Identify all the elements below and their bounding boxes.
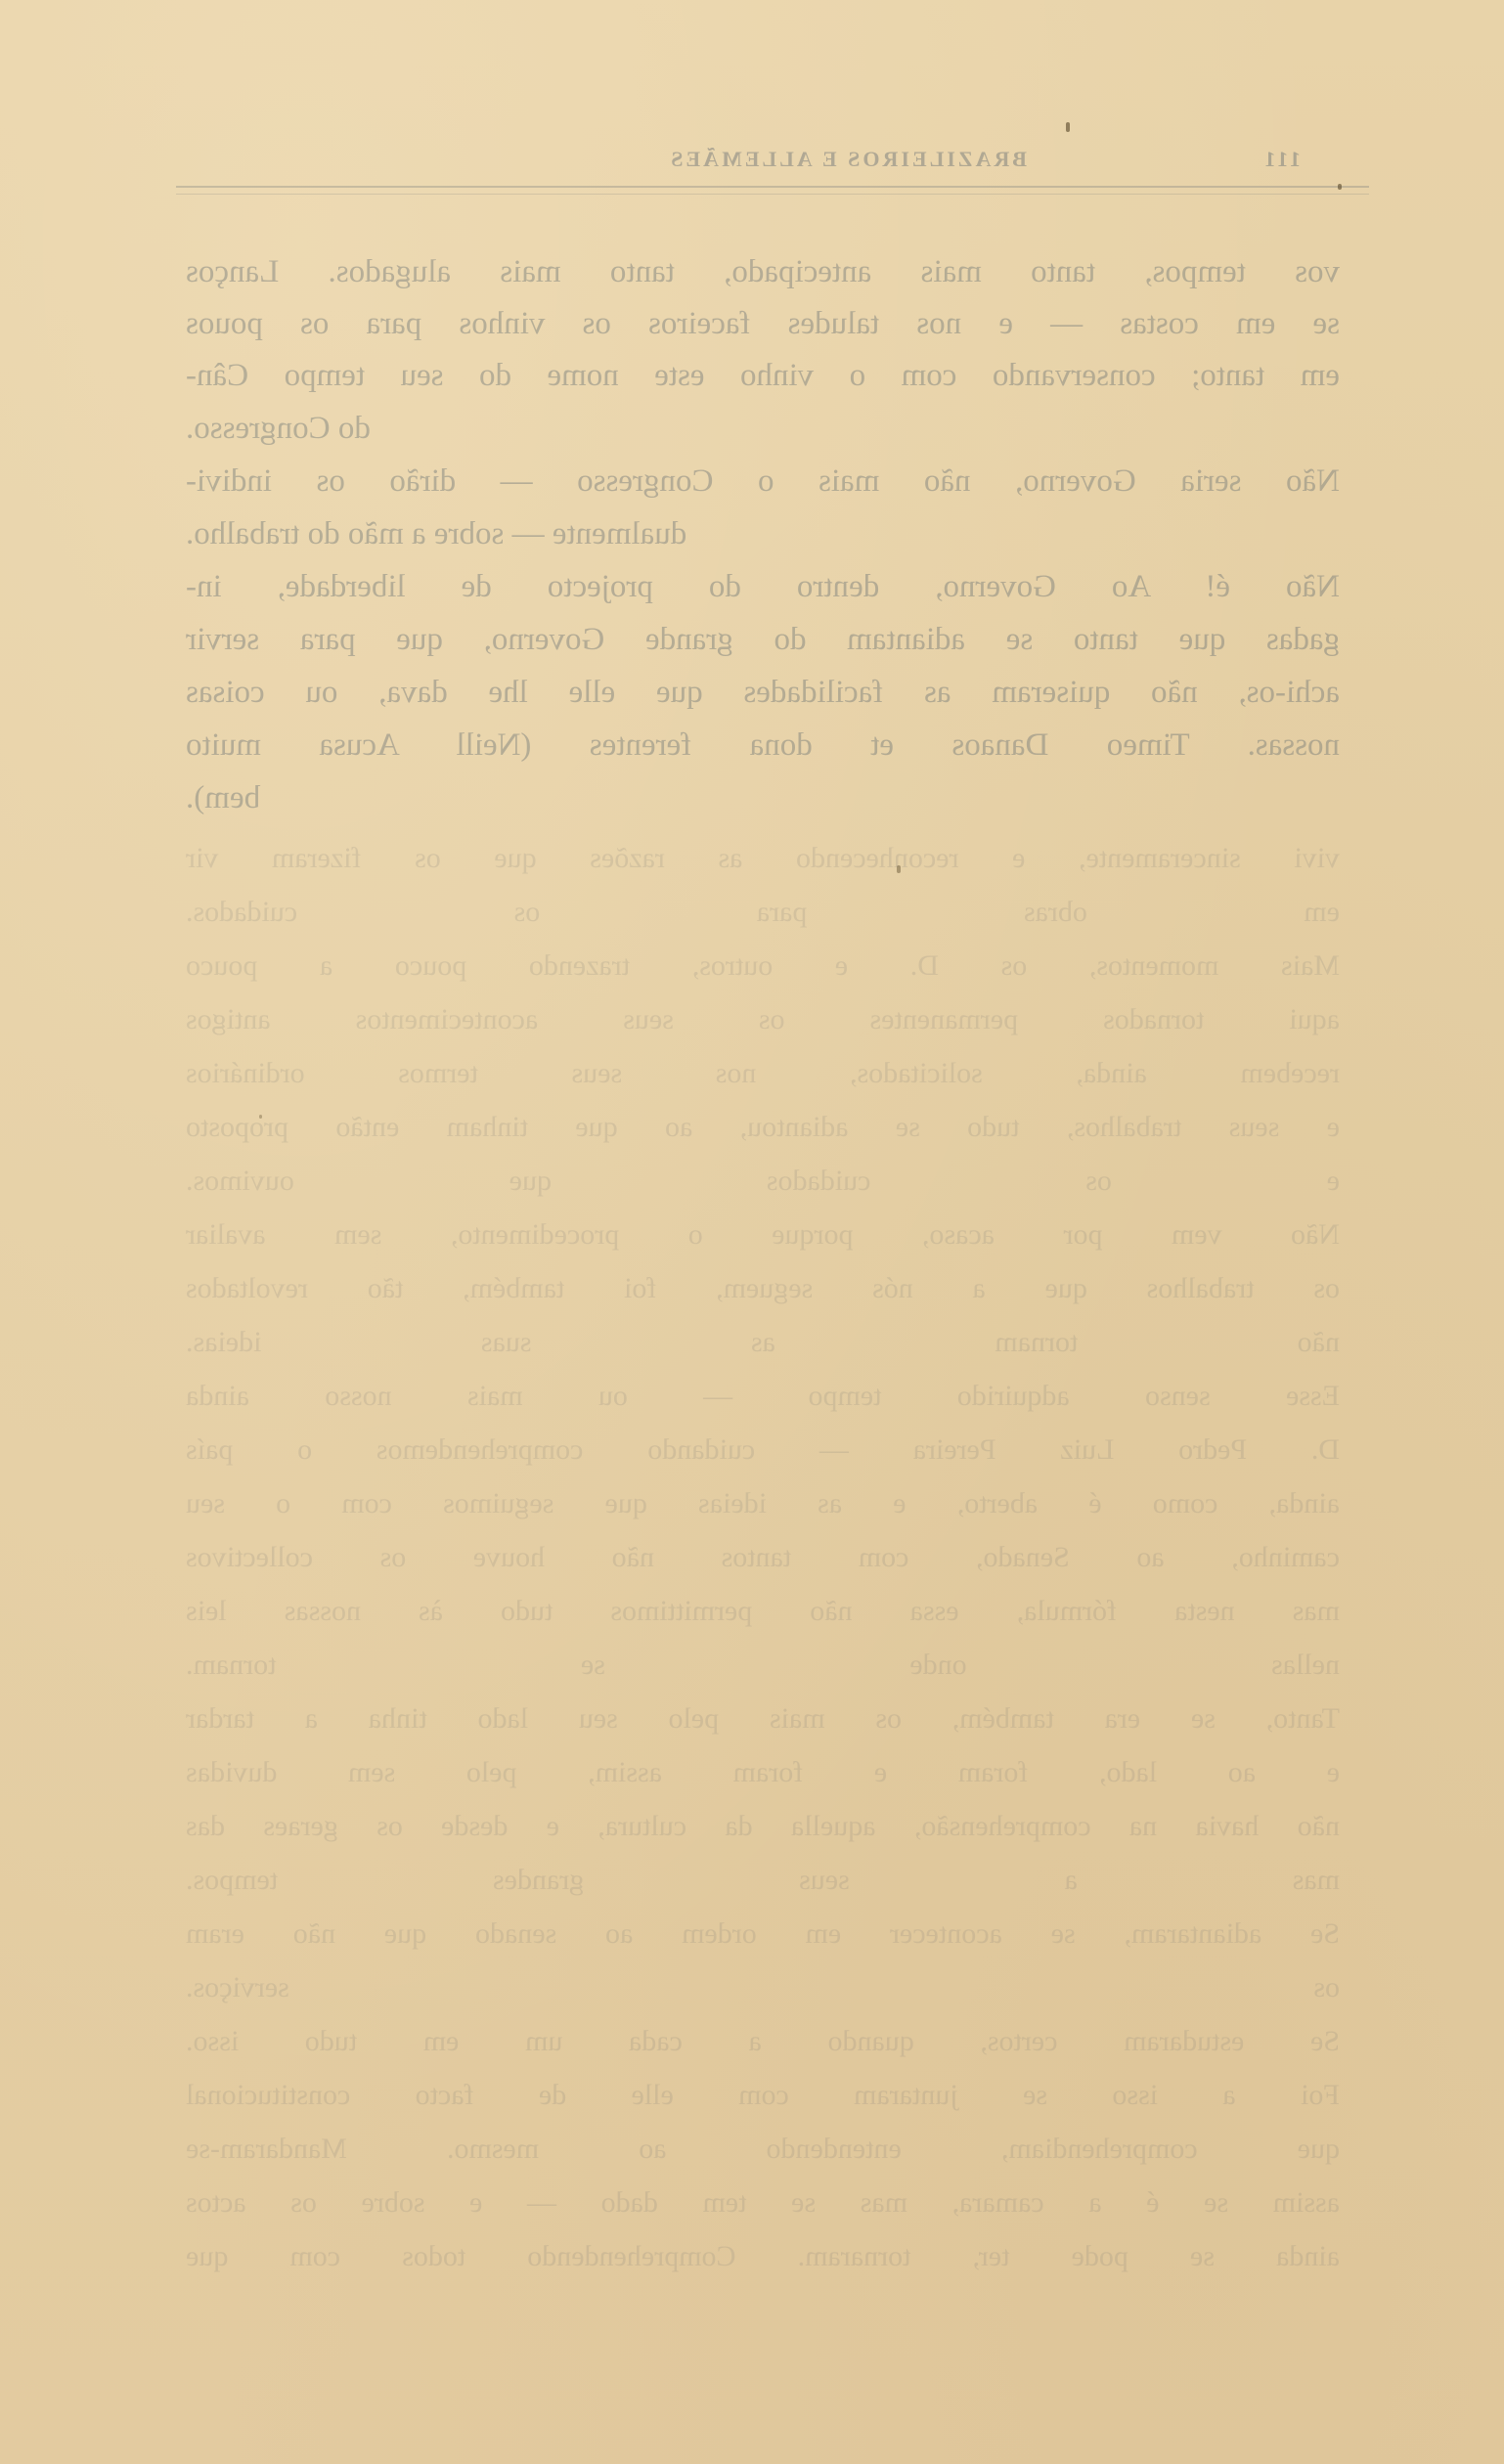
- bleed-line: vos tempos, tanto mais antecipado, tanto…: [186, 244, 1340, 299]
- bleed-line: nossas. Timeo Danaos et dona ferentes (N…: [186, 718, 1340, 772]
- bleed-line: Não é! Ao Governo, dentro do projecto de…: [186, 559, 1340, 614]
- bleed-line: dualmente — sobre a mão do trabalho.: [186, 506, 1340, 561]
- bleed-line: do Congresso.: [186, 401, 1340, 456]
- paper-speck: [897, 865, 901, 873]
- bleed-line: Não seria Governo, não mais o Congresso …: [186, 454, 1340, 508]
- paper-speck: [259, 1115, 262, 1119]
- bleed-line: se em costas — e nos taludes faceiros os…: [186, 296, 1340, 351]
- bleed-line: achi-os, não quiseram as facilidades que…: [186, 665, 1340, 720]
- bleed-line: gadas que tanto se adiantam do grande Go…: [186, 612, 1340, 667]
- bleed-line: em tanto; conservando com o vinho este n…: [186, 348, 1340, 403]
- paper-speck: [1338, 184, 1342, 190]
- header-rule: [176, 186, 1369, 195]
- page-number-bleed: 111: [1261, 147, 1301, 172]
- bleed-line: bem).: [186, 770, 1340, 825]
- running-title-bleed: BRAZILEIROS E ALLEMÃES: [668, 147, 1027, 172]
- running-head-bleed: 111 BRAZILEIROS E ALLEMÃES: [186, 147, 1340, 186]
- paper-speck: [1066, 122, 1070, 132]
